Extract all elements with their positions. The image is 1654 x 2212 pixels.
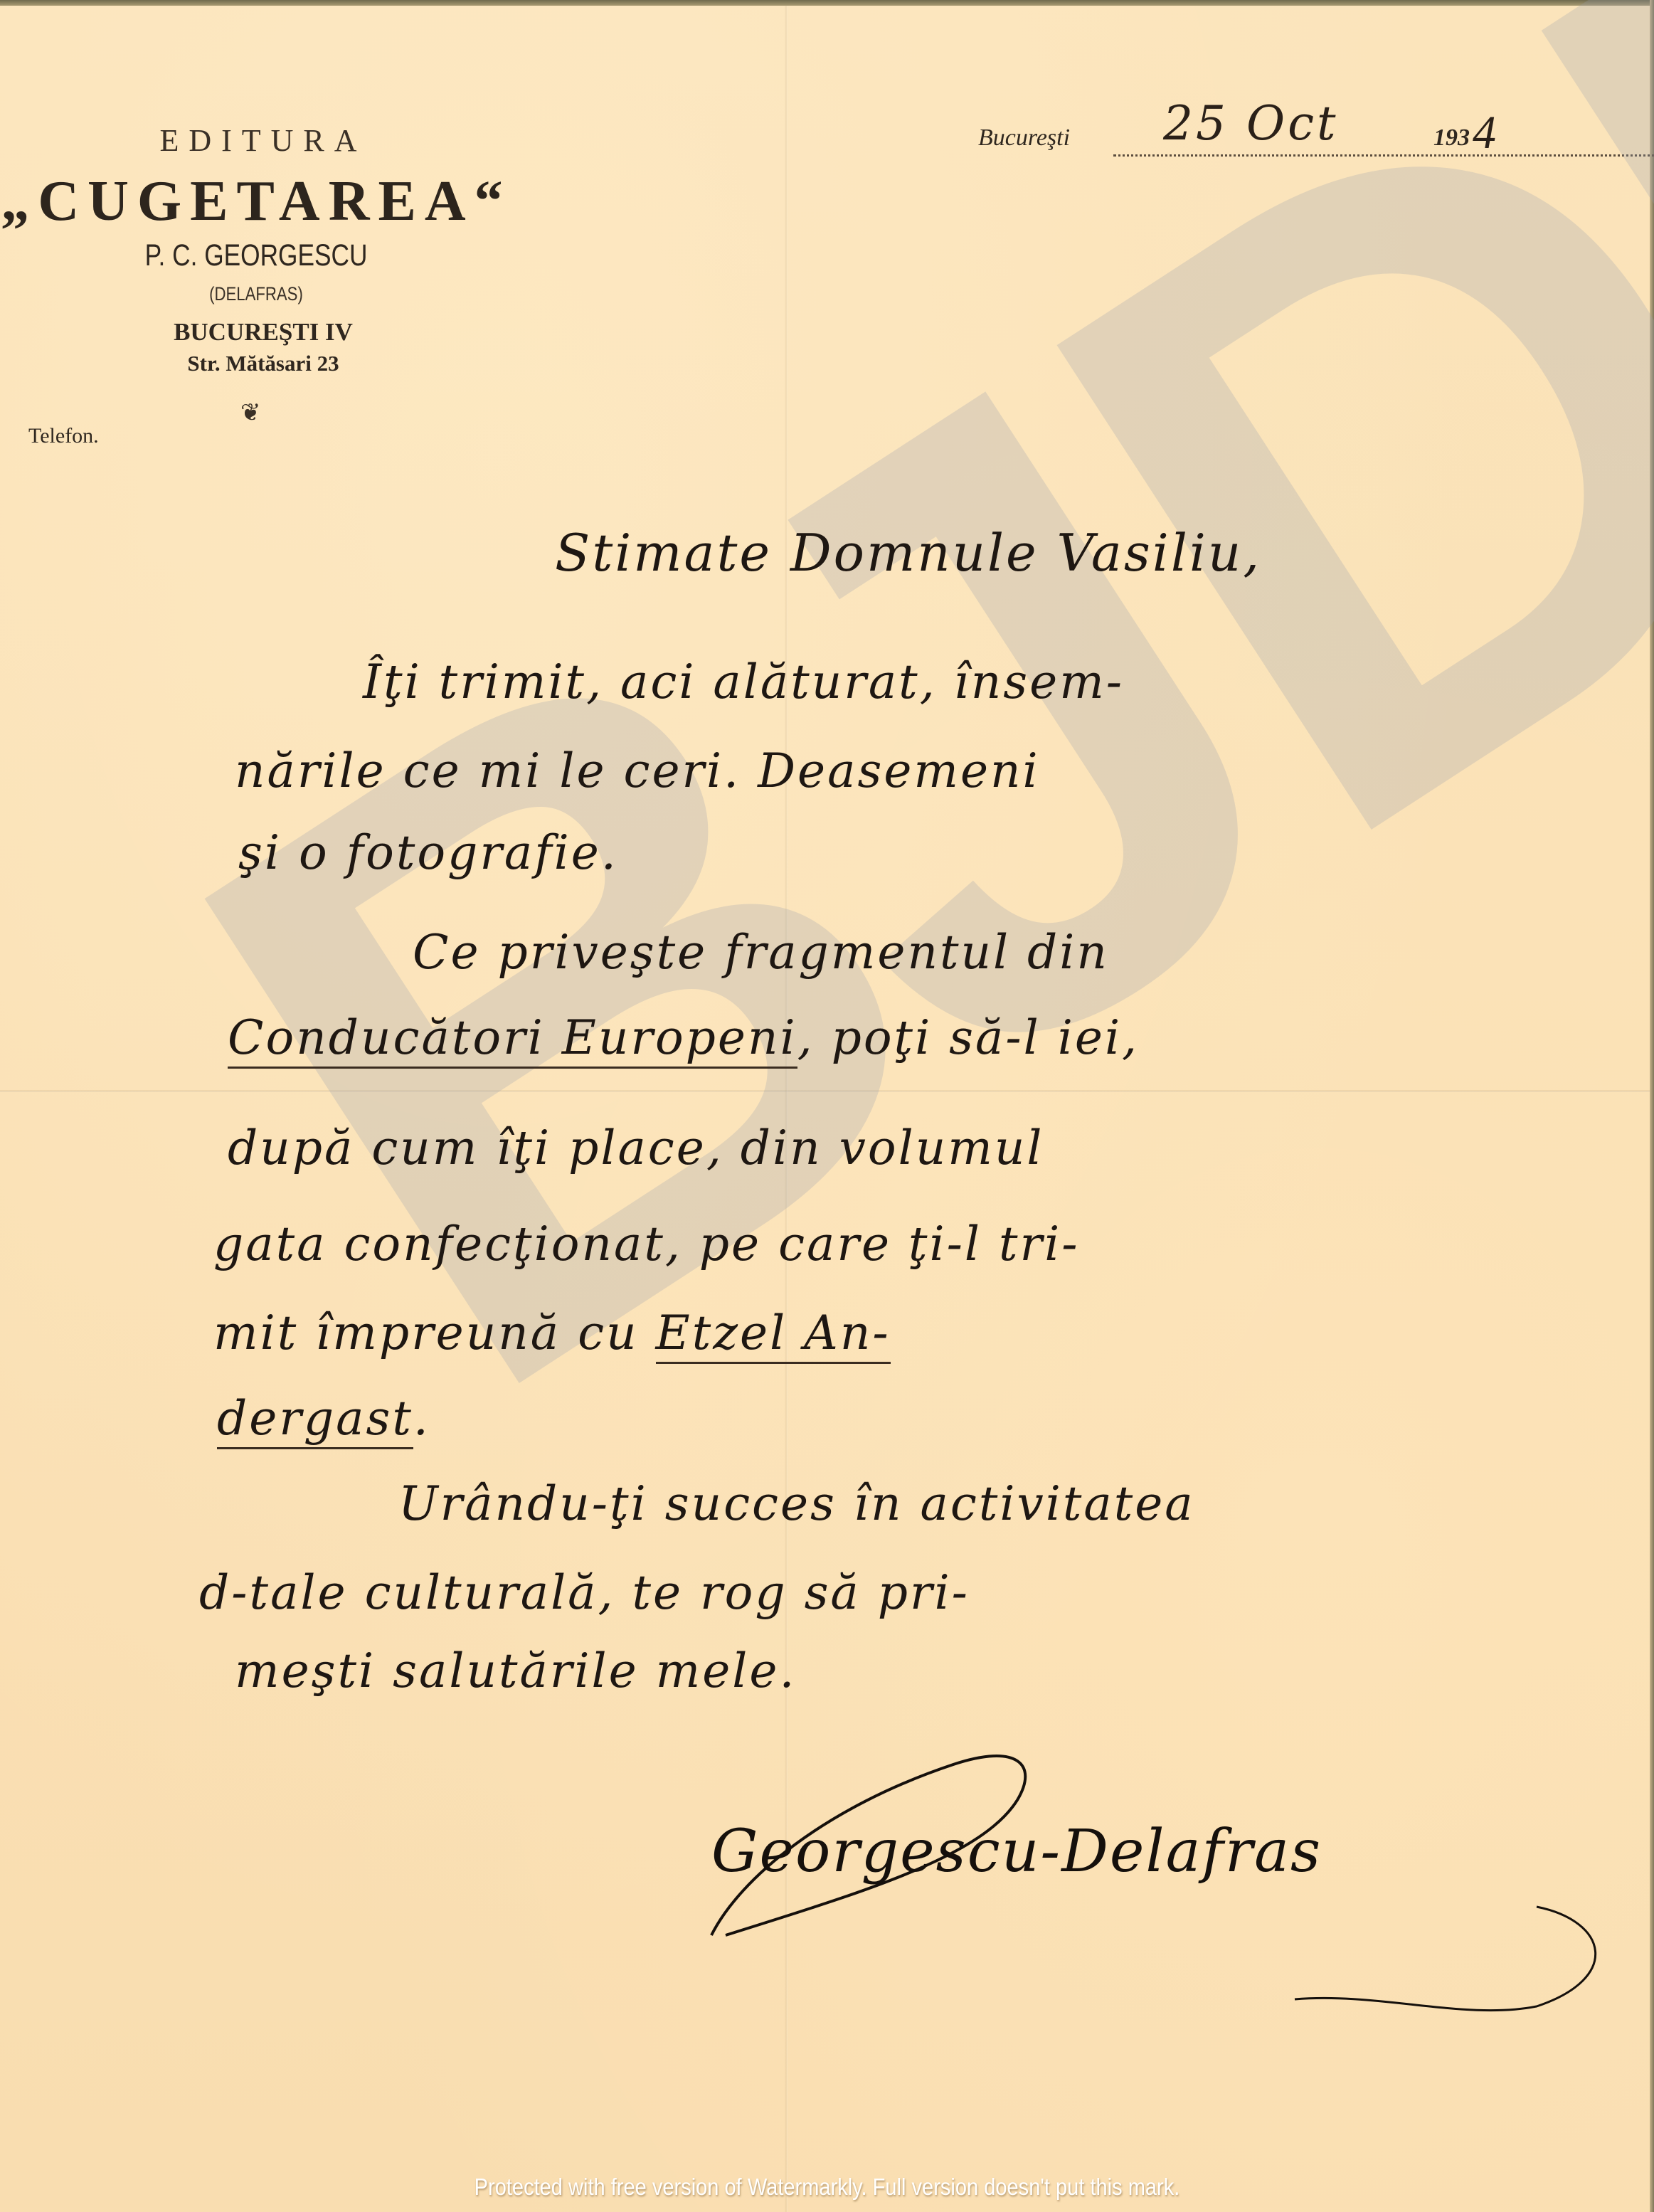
body-line: d-tale culturală, te rog să pri- <box>199 1565 970 1620</box>
horizontal-fold-line <box>0 1090 1650 1092</box>
year-digit-handwritten: 4 <box>1473 106 1496 160</box>
paper-top-edge <box>0 0 1654 6</box>
date-city-label: Bucureşti <box>978 125 1070 152</box>
signature: Georgescu-Delafras <box>711 1818 1322 1885</box>
body-text: mit împreună cu <box>213 1306 656 1360</box>
date-dotted-line <box>1113 154 1654 157</box>
publisher-owner: P. C. GEORGESCU <box>128 238 385 273</box>
body-line: Conducători Europeni, poţi să-l iei, <box>228 1010 1139 1065</box>
body-line: şi o fotografie. <box>238 825 618 880</box>
watermark-notice: Protected with free version of Watermark… <box>100 2174 1555 2201</box>
phone-label: Telefon. <box>28 424 99 448</box>
book-title-underlined: Conducători Europeni <box>228 1010 797 1069</box>
body-text: . <box>413 1391 430 1446</box>
book-title-underlined: Etzel An- <box>656 1306 891 1364</box>
body-line: Urându-ţi succes în activitatea <box>398 1476 1195 1531</box>
paper-right-edge <box>1650 0 1654 2212</box>
date-line: Bucureşti 25 Oct 193 4 <box>978 103 1533 167</box>
fleuron-ornament-icon: ❦ <box>240 398 261 427</box>
body-line: mit împreună cu Etzel An- <box>213 1306 891 1360</box>
year-prefix: 193 <box>1433 125 1470 152</box>
publisher-name: „CUGETAREA“ <box>0 169 512 234</box>
book-title-underlined: dergast <box>217 1391 413 1449</box>
body-line: dergast. <box>217 1391 430 1446</box>
body-line: după cum îţi place, din volumul <box>228 1121 1044 1175</box>
publisher-street: Str. Mătăsari 23 <box>121 351 405 376</box>
body-line: Îţi trimit, aci alăturat, însem- <box>363 655 1124 709</box>
body-line: Ce priveşte fragmentul din <box>413 925 1109 980</box>
body-line: meşti salutările mele. <box>235 1644 796 1698</box>
body-line: gata confecţionat, pe care ţi-l tri- <box>213 1217 1080 1271</box>
salutation: Stimate Domnule Vasiliu, <box>555 523 1261 583</box>
letterhead-label: EDITURA <box>128 122 398 159</box>
body-line: nările ce mi le ceri. Deasemeni <box>235 743 1040 798</box>
publisher-city: BUCUREŞTI IV <box>121 318 405 346</box>
owner-alias: (DELAFRAS) <box>163 283 349 305</box>
handwritten-date: 25 Oct <box>1163 96 1339 151</box>
body-text: , poţi să-l iei, <box>797 1010 1139 1065</box>
